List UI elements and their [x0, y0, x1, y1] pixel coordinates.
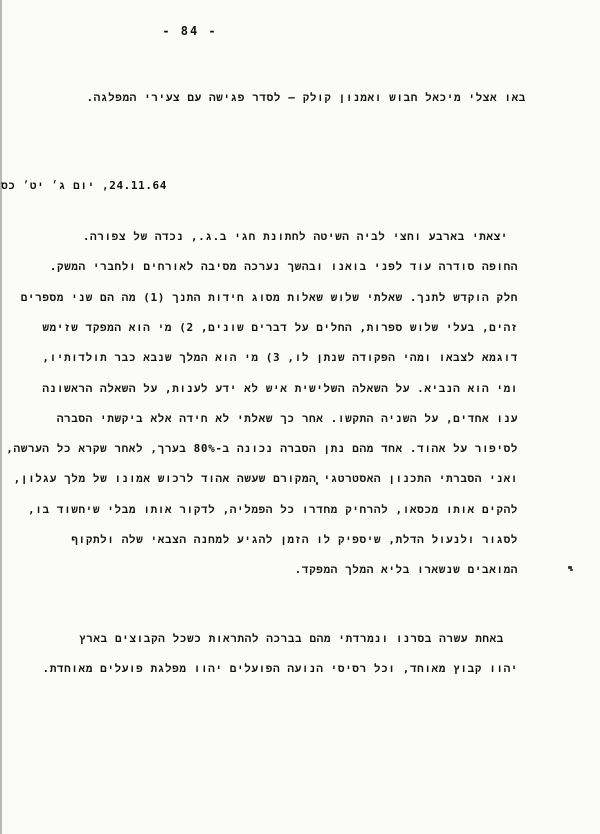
- paragraph-1-line: יצאתי בארבע וחצי לביה השיטה לחתונת חגי ב…: [83, 230, 508, 244]
- paragraph-2-line: יהוו קבוץ מאוחד, וכל רסיסי הנועה הפועלים…: [42, 662, 518, 676]
- scan-left-edge: [0, 0, 2, 834]
- scan-speck: [570, 569, 573, 571]
- paragraph-1-line: המואבים שנשארו בליא המלך המפקד.: [295, 563, 518, 577]
- page-number: - 84 -: [150, 24, 230, 38]
- paragraph-1-line: החופה סודרה עוד לפני בואנו ובהשך נערכה מ…: [50, 260, 518, 274]
- title-line: באו אצלי מיכאל חבוש ואמנון קולק – לסדר פ…: [86, 91, 526, 105]
- paragraph-1-line: חלק הוקדש לתנך. שאלתי שלוש שאלות מסוג חי…: [21, 291, 518, 305]
- paragraph-1-line: דוגמא לצבאו ומהי הפקודה שנתן לו, 3) מי ה…: [42, 351, 518, 365]
- paragraph-1-line: ומי הוא הנביא. על השאלה השלישית איש לא י…: [42, 382, 518, 396]
- paragraph-1-line: זהים, בעלי שלוש ספרות, החלים על דברים שו…: [42, 321, 518, 335]
- paragraph-1-line: ואני הסברתי התכנון האסטרטגי המקורם שעשה …: [14, 472, 518, 486]
- paragraph-1-line: לסיפור על אהוד. אחד מהם נתן הסברה נכונה …: [6, 442, 518, 456]
- paragraph-1-line: לסגור ולנעול הדלת, שיספיק לו הזמן להגיע …: [71, 533, 518, 547]
- paragraph-2-line: באחת עשרה בסרנו ונמרדתי מהם בברכה להתראו…: [79, 632, 504, 646]
- paragraph-1-line: ענו אחדים, על השניה התקשו. אחר כך שאלתי …: [57, 412, 518, 426]
- scan-speck: [316, 482, 318, 485]
- paragraph-1-line: להקים אותו מכסאו, להרחיק מחדרו כל הפמליה…: [28, 503, 518, 517]
- date-line: 24.11.64, יום ג׳ יט׳ כסלו: [0, 179, 167, 193]
